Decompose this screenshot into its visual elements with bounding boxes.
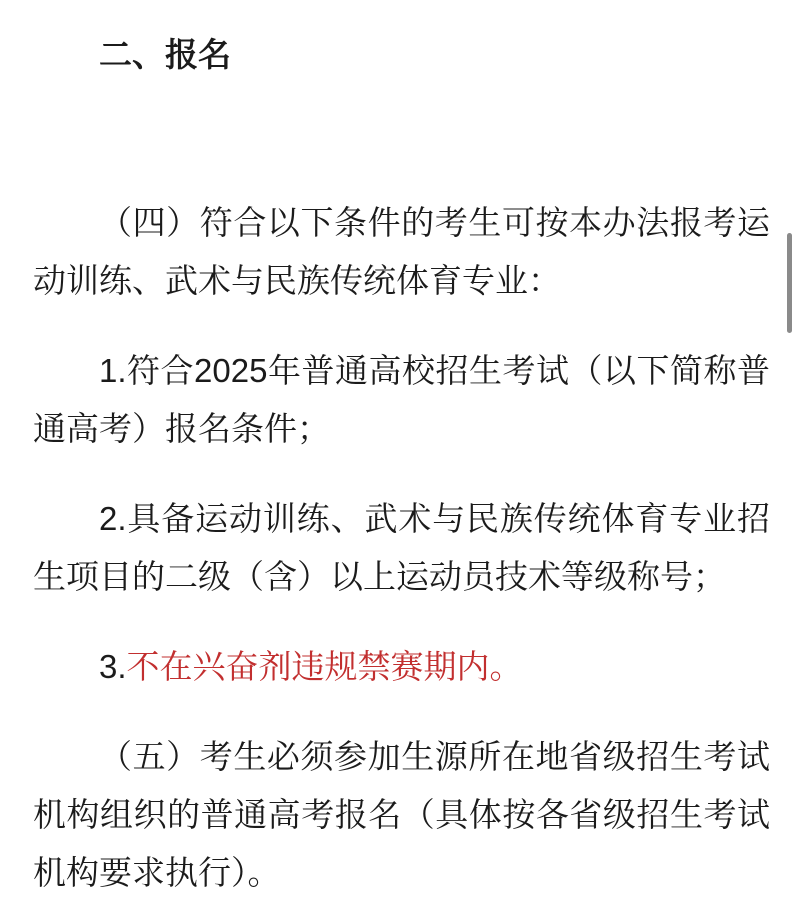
paragraph-registration-requirement: （五）考生必须参加生源所在地省级招生考试机构组织的普通高考报名（具体按各省级招生… bbox=[33, 728, 770, 901]
section-heading: 二、报名 bbox=[33, 26, 770, 84]
condition-3-number: 3. bbox=[99, 648, 127, 685]
condition-3-highlighted-text: 不在兴奋剂违规禁赛期内。 bbox=[127, 648, 523, 685]
paragraph-condition-intro: （四）符合以下条件的考生可按本办法报考运动训练、武术与民族传统体育专业： bbox=[33, 194, 770, 310]
paragraph-condition-1: 1.符合2025年普通高校招生考试（以下简称普通高考）报名条件； bbox=[33, 342, 770, 458]
article-body: 二、报名 （四）符合以下条件的考生可按本办法报考运动训练、武术与民族传统体育专业… bbox=[0, 0, 800, 901]
paragraph-condition-3: 3.不在兴奋剂违规禁赛期内。 bbox=[33, 638, 770, 696]
paragraph-condition-2: 2.具备运动训练、武术与民族传统体育专业招生项目的二级（含）以上运动员技术等级称… bbox=[33, 490, 770, 606]
scrollbar-thumb[interactable] bbox=[787, 233, 792, 333]
